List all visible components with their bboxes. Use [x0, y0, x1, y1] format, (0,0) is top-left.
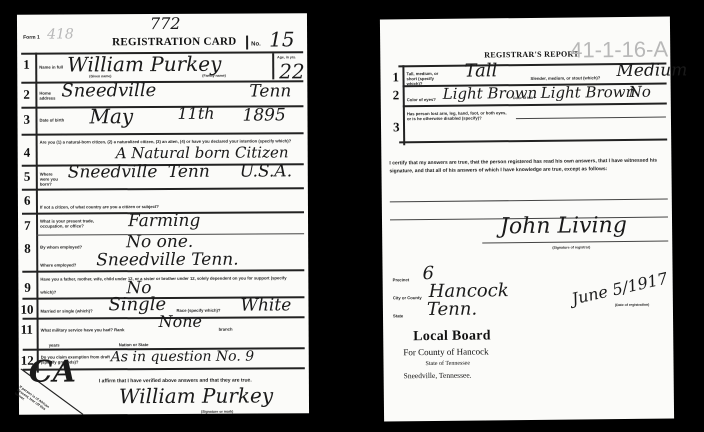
citizenship-value: A Natural born Citizen: [116, 143, 289, 162]
report-title: REGISTRAR'S REPORT: [484, 49, 579, 59]
marital-label: Married or single (which)?: [40, 308, 92, 313]
row-number: 5: [24, 169, 31, 185]
stamp-number: 41-1-16-A: [570, 37, 668, 64]
height-value: Tall: [464, 60, 497, 81]
row-number: 2: [393, 87, 400, 103]
name-label: Name in full: [39, 65, 63, 70]
registrar-signature: John Living: [500, 213, 627, 239]
row-number: 1: [392, 69, 399, 85]
row-number: 9: [24, 280, 31, 296]
sublabel: (Given name): [89, 74, 111, 78]
stamp-line: Local Board: [413, 328, 491, 345]
military-rank-value: None: [159, 312, 203, 331]
divider: [272, 53, 274, 79]
rule: [399, 139, 667, 143]
race-value: White: [240, 295, 291, 315]
employer-label: By whom employed?: [40, 244, 82, 249]
birthplace-town: Sneedville: [68, 162, 158, 182]
state-value: Tenn.: [427, 299, 477, 321]
date-label: (Date of registration): [615, 303, 649, 307]
registrar-signature-label: (Signature of registrar): [552, 245, 590, 249]
registrant-signature: William Purkey: [119, 383, 273, 408]
military-label: What military service have you had? Rank: [41, 327, 125, 332]
hair-color-label: Color of hair?: [513, 96, 536, 100]
state-label: State: [393, 313, 403, 318]
initials: CA: [29, 354, 76, 389]
stamp-line: Sneedville, Tennessee.: [404, 370, 492, 380]
form-number-handwritten: 418: [47, 26, 74, 42]
answer-line: [516, 117, 666, 120]
row-number: 3: [393, 119, 400, 135]
marital-value: Single: [108, 294, 166, 315]
name-value: William Purkey: [67, 52, 221, 77]
sublabel: (Family name): [202, 74, 226, 78]
row-number: 6: [24, 193, 31, 209]
card-title: REGISTRATION CARD: [112, 36, 236, 49]
row-number: 11: [21, 322, 33, 338]
row-number: 10: [20, 302, 33, 318]
exemption-value: As in question No. 9: [111, 349, 254, 366]
row-number: 3: [23, 112, 30, 128]
row-number: 2: [23, 87, 30, 103]
row-number: 8: [24, 241, 31, 257]
rule: [22, 187, 304, 190]
hair-color-value: Light Brown: [541, 83, 636, 102]
eye-color-label: Color of eyes?: [407, 97, 436, 102]
certify-text: I certify that my answers are true, that…: [389, 157, 667, 176]
signature-label: (Signature or mark): [201, 410, 233, 414]
build-value: Medium: [616, 60, 687, 81]
exception-line: [390, 199, 668, 203]
row-number: 7: [24, 218, 31, 234]
foreign-citizen-label: If not a citizen, of what country are yo…: [40, 204, 159, 210]
address-label: Home address: [39, 91, 59, 101]
birthplace-nation: U.S.A.: [240, 161, 292, 181]
occupation-value: Farming: [128, 211, 200, 231]
form-label: Form 1: [23, 35, 40, 41]
registration-card-back: REGISTRAR'S REPORT 41-1-16-A 1 Tall, med…: [380, 16, 674, 421]
birthplace-state: Tenn: [168, 162, 210, 182]
card-number: 15: [269, 27, 295, 51]
no-label: No.: [251, 41, 261, 47]
row-number: 1: [23, 57, 30, 73]
signature-line: [482, 241, 668, 244]
divider: [246, 36, 248, 50]
occupation-label: What is your present trade, occupation, …: [40, 218, 100, 228]
nation-state-label: Nation or State: [119, 342, 149, 347]
registration-card-front: Form 1 418 772 REGISTRATION CARD No. 15 …: [17, 13, 309, 415]
birthplace-label: Where were you born?: [40, 172, 62, 187]
stamp-line: For County of Hancock: [403, 346, 491, 357]
years-label: years: [49, 343, 60, 348]
address-city-value: Sneedville: [61, 80, 156, 101]
bald-value: No: [629, 83, 651, 101]
employment-place-value: Sneedville Tenn.: [96, 250, 238, 271]
rule: [403, 103, 667, 107]
stamp-line: State of Tennessee: [425, 360, 491, 367]
local-board-stamp: Local Board For County of Hancock State …: [403, 328, 491, 380]
county-label: City or County: [393, 295, 422, 300]
branch-label: branch: [219, 327, 233, 332]
address-state-value: Tenn: [249, 81, 291, 101]
build-label: Slender, medium, or stout (which)?: [531, 75, 601, 81]
serial-handwritten: 772: [150, 14, 181, 33]
dob-day: 11th: [177, 104, 214, 123]
employment-place-label: Where employed?: [40, 262, 76, 267]
dob-month: May: [89, 104, 133, 128]
row-number: 4: [24, 145, 31, 161]
dob-year: 1895: [242, 105, 285, 125]
dob-label: Date of birth: [39, 118, 64, 123]
disability-label: Has person lost arm, leg, hand, foot, or…: [407, 110, 507, 121]
precinct-label: Precinct: [393, 277, 410, 282]
